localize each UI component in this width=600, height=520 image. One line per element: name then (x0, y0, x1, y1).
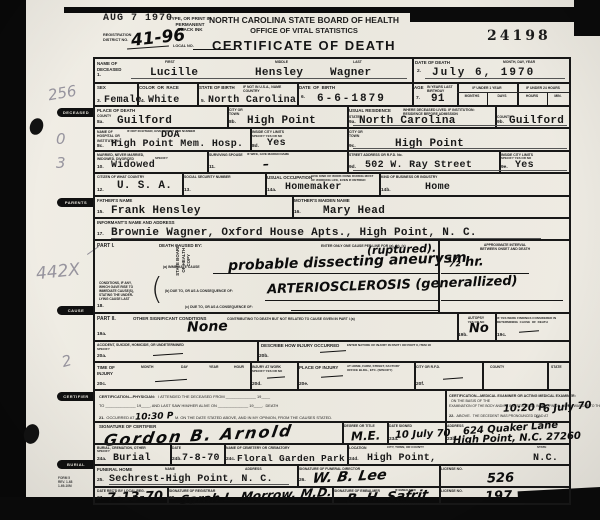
tab-certifier: CERTIFIER (57, 392, 95, 401)
place-of-injury-sub: AT HOME, FARM, STREET, FACTORY OFFICE BL… (347, 365, 400, 373)
item-number: 24a. (97, 458, 106, 463)
business-value: Home (425, 183, 450, 193)
cemetery-value: Floral Garden Park (237, 454, 345, 464)
part2-label: PART II. (97, 316, 116, 322)
item-number: 16. (294, 211, 301, 216)
item-number: 19c. (497, 334, 506, 339)
dash-mark (267, 376, 285, 378)
row-parents: FATHER'S NAME 15. Frank Hensley MOTHER'S… (95, 195, 569, 217)
item-number: 20e. (299, 383, 308, 388)
due-to-b-value: ARTERIOSCLEROSIS (generallized) (267, 275, 518, 297)
item-number: 8b. (229, 121, 236, 126)
usual-residence-label: USUAL RESIDENCE (349, 108, 391, 114)
baseline-rule (353, 148, 567, 149)
burial-date-value: 7-8-70 (182, 454, 220, 464)
physician-cert-line1: I ATTENDED THE DECEASED FROM ___________… (158, 394, 270, 399)
item-number: 2. (417, 70, 421, 75)
informant-label: INFORMANT'S NAME AND ADDRESS (97, 220, 175, 226)
film-edge-block (410, 7, 600, 22)
hospital-value: High Point Mem. Hosp. (111, 140, 243, 150)
item-number: 17. (97, 233, 104, 238)
date-of-death-label: DATE OF DEATH (415, 60, 450, 66)
row-marital: MARRIED, NEVER MARRIED, WIDOWED, DIVORCE… (95, 150, 569, 172)
location-label: LOCATION (349, 446, 366, 450)
dob-value: 6-6-1879 (317, 94, 386, 105)
date-received-value: 7-13-70 (107, 490, 163, 505)
county-label: COUNTY (97, 114, 111, 118)
cemetery-label: NAME OF CEMETERY OR CREMATORY (226, 446, 290, 450)
item-number: 20a. (97, 355, 106, 360)
accident-sub: SPECIFY (97, 348, 110, 352)
item-number: 18. (97, 305, 104, 310)
district-no-label: DISTRICT NO. (103, 38, 128, 43)
item-number: 20c. (97, 383, 106, 388)
birth-state-label: STATE OF BIRTH (199, 85, 235, 91)
dash-mark (321, 375, 343, 378)
pencil-mark: 0 (56, 132, 66, 147)
business-label: KIND OF BUSINESS OR INDUSTRY (381, 175, 437, 179)
film-corner-block (574, 0, 600, 36)
license-label: LICENSE NO. (441, 467, 463, 471)
first-header: FIRST (165, 60, 175, 64)
dash-mark (155, 379, 187, 382)
under-24-hours-label: IF UNDER 24 HOURS (517, 86, 569, 90)
row-vitals: SEX 3.Female COLOR OR RACE 4.White STATE… (95, 82, 569, 105)
inside-city-limits-value: Yes (267, 139, 286, 149)
item-number: 22. (449, 413, 454, 418)
item-number: 15. (97, 211, 104, 216)
dob-label: DATE OF BIRTH (299, 85, 335, 91)
item-number: 10. (97, 166, 104, 171)
residence-city-label: CITY OR TOWN (349, 130, 363, 139)
divider (412, 59, 414, 82)
item-number: 11. (209, 166, 215, 171)
certificate-number: 24198 (487, 29, 551, 43)
form-code: FORM 5 REV. 1-68 1-69-10M (58, 476, 72, 488)
office-subtitle: OFFICE OF VITAL STATISTICS (188, 27, 420, 35)
death-city-value: High Point (247, 116, 316, 127)
citizen-value: U. S. A. (117, 181, 172, 192)
certificate-title: CERTIFICATE OF DEATH (188, 39, 420, 52)
pencil-mark: 442X (35, 262, 81, 284)
above-label: ABOVE. (456, 413, 471, 418)
injury-at-work-sub: SPECIFY YES OR NO (252, 370, 282, 374)
tab-burial: BURIAL (57, 460, 95, 469)
dash-mark (443, 377, 463, 379)
row-burial: BURIAL, CREMATION, OTHER SPECIFY 24a. Bu… (95, 443, 569, 464)
immediate-cause-label: (a) IMMEDIATE CAUSE (163, 265, 200, 269)
marital-sub: SPECIFY (155, 157, 168, 161)
surviving-spouse-value: – (263, 158, 269, 170)
item-number: 12. (97, 189, 104, 194)
city-label: CITY OR TOWN (229, 108, 243, 117)
row-injury: TIME OF INJURY MONTH DAY YEAR HOUR 20c. … (95, 361, 569, 389)
surviving-spouse-label: SURVIVING SPOUSE (209, 153, 243, 157)
hour-header: HOUR (234, 365, 244, 369)
location-state-sub: STATE (537, 446, 546, 450)
brace-glyph: ( (151, 275, 163, 305)
item-number: 13. (184, 189, 191, 194)
father-name-value: Frank Hensley (111, 206, 201, 217)
date-signed-value: 10 July 70 (395, 429, 451, 441)
physician-cert-line3: M. ON THE DATE STATED ABOVE, AND IN MY O… (174, 415, 332, 420)
item-number: 7. (416, 97, 420, 102)
physician-cert-line2: TO ______________ 19____, AND LAST SAW H… (99, 403, 278, 408)
cause-line-c-rule (291, 310, 438, 311)
month-header: MONTH (141, 365, 153, 369)
injury-state-label: STATE (551, 365, 562, 369)
divider (482, 363, 484, 389)
hours-header: HOURS (517, 94, 547, 98)
item-number: 28. (169, 497, 176, 502)
father-label: FATHER'S NAME (97, 198, 132, 204)
date-of-death-sub: MONTH, DAY, YEAR (503, 60, 535, 64)
year-header: YEAR (209, 365, 218, 369)
divider (547, 363, 549, 389)
funeral-home-label: FUNERAL HOME (97, 467, 132, 473)
row-informant: INFORMANT'S NAME AND ADDRESS 17. Brownie… (95, 217, 569, 239)
funeral-name-header: NAME (165, 467, 175, 471)
burial-city-value: High Point, (367, 454, 436, 464)
item-number: 19a. (97, 333, 106, 338)
autopsy-value: No (469, 322, 489, 336)
how-injury-sub: ENTER NATURE OF INJURY IN PART I OR PART… (347, 344, 431, 348)
street-address-label: STREET ADDRESS OR R.F.D. No. (349, 153, 403, 157)
date-signed-label: DATE SIGNED (389, 424, 412, 428)
citizen-label: CITIZEN OF WHAT COUNTRY (97, 175, 144, 179)
location-sub: CITY, TOWN, OR COUNTY (387, 446, 424, 450)
pencil-mark: 3 (56, 156, 66, 171)
tab-deceased: DECEASED (57, 108, 95, 117)
me-line1: ON THE BASIS OF THE (449, 399, 490, 404)
license-number-value: 526 (487, 472, 515, 486)
item-number: 24b. (172, 458, 182, 463)
mother-label: MOTHER'S MAIDEN NAME (294, 198, 350, 204)
baseline-rule (131, 78, 407, 79)
other-conditions-value: None (187, 319, 228, 334)
time-of-injury-label: TIME OF INJURY (97, 365, 115, 376)
baseline-rule (425, 78, 565, 79)
burial-state-value: N.C. (533, 454, 558, 464)
item-number: 20d. (252, 383, 262, 388)
immediate-cause-ruptured: (ruptured). (367, 243, 437, 256)
death-certificate-form: NAME OF DECEASED FIRST MIDDLE LAST 1. Lu… (93, 57, 571, 505)
how-injury-label: DESCRIBE HOW INJURY OCCURRED (261, 343, 339, 349)
row-place-of-death: PLACE OF DEATH COUNTY 8a. Guilford CITY … (95, 105, 569, 127)
days-header: DAYS (487, 94, 517, 98)
item-number: 24c. (226, 458, 235, 463)
marital-status-value: Widowed (111, 161, 155, 171)
place-of-injury-label: PLACE OF INJURY (299, 365, 338, 371)
item-number: 21. (99, 415, 104, 420)
item-number: 8a. (97, 121, 104, 126)
months-header: MONTHS (457, 94, 487, 98)
address-label: ADDRESS (447, 424, 464, 428)
item-number: 27. (97, 497, 104, 502)
other-conditions-sub: CONTRIBUTING TO DEATH BUT NOT RELATED TO… (227, 317, 355, 321)
dash-mark (153, 353, 183, 356)
interval-b-rule (441, 300, 563, 301)
row-registrar: DATE REC'D BY LOCAL REG. 27. 7-13-70 SIG… (95, 486, 569, 503)
injury-county-label: COUNTY (490, 365, 504, 369)
row-certification: CERTIFICATION—PHYSICIAN: I ATTENDED THE … (95, 389, 569, 421)
item-number: 14a. (267, 189, 276, 194)
item-number: 25. (97, 479, 104, 484)
part1-label: PART I. (97, 243, 114, 249)
burial-type-sub: SPECIFY (97, 450, 110, 454)
embalmer-signature: B. H. Safrit (346, 489, 429, 506)
last-header: LAST (353, 60, 362, 64)
embalmer-license-value: 197 (485, 490, 513, 504)
m-label: M. (536, 414, 540, 419)
findings-label: IF YES WERE FINDINGS CONSIDERED IN DETER… (497, 317, 556, 325)
baseline-rule (353, 170, 567, 171)
tab-parents: PARENTS (57, 198, 95, 207)
row-part1-cause: PART I. DEATH CAUSED BY: ENTER ONLY ONE … (95, 239, 569, 312)
cause-line-a-rule (213, 273, 438, 274)
interval-a-value: ½ hr. (447, 255, 484, 269)
item-number: 19b. (458, 334, 468, 339)
burial-type-value: Burial (113, 454, 151, 464)
item-number: 20f. (416, 383, 424, 388)
age-value: 91 (431, 94, 445, 105)
row-certifier-signature: SIGNATURE OF CERTIFIER Gordon B. Arnold … (95, 421, 569, 443)
funeral-director-signature: W. B. Lee (312, 468, 388, 486)
dash-mark (320, 350, 346, 353)
tab-cause: CAUSE (57, 306, 95, 315)
board-of-health-title: NORTH CAROLINA STATE BOARD OF HEALTH (188, 16, 420, 25)
row-name: NAME OF DECEASED FIRST MIDDLE LAST 1. Lu… (95, 59, 569, 82)
pronounced-time-handwritten: 10:20 P. (503, 403, 547, 415)
baseline-rule (109, 484, 289, 485)
day-header: DAY (181, 365, 188, 369)
birth-state-sub: IF NOT IN U.S.A., NAME COUNTRY (243, 85, 281, 94)
funeral-address-header: ADDRESS (245, 467, 262, 471)
due-to-c-label: (c) DUE TO, OR AS A CONSEQUENCE OF: (185, 305, 253, 309)
item-number: 14b. (381, 189, 391, 194)
due-to-b-label: (b) DUE TO, OR AS A CONSEQUENCE OF: (165, 289, 233, 293)
item-number: 26. (299, 479, 306, 484)
place-of-death-label: PLACE OF DEATH (97, 108, 135, 114)
under-1-year-label: IF UNDER 1 YEAR (457, 86, 517, 90)
row-part2: PART II. OTHER SIGNIFICANT CONDITIONS CO… (95, 312, 569, 340)
item-number: 6. (301, 96, 305, 101)
sex-label: SEX (97, 85, 106, 91)
city-rfd-label: CITY OR R.F.D. (416, 365, 440, 369)
row-funeral-home: FUNERAL HOME NAME ADDRESS 25. Sechrest-H… (95, 464, 569, 486)
item-number: 1. (97, 74, 101, 79)
mother-name-value: Mary Head (323, 206, 385, 217)
ssn-label: SOCIAL SECURITY NUMBER (184, 175, 231, 179)
death-caused-by-label: DEATH CAUSED BY: (159, 243, 202, 249)
row-citizen: CITIZEN OF WHAT COUNTRY 12. U. S. A. SOC… (95, 172, 569, 195)
dash-mark (519, 330, 539, 332)
race-label: COLOR OR RACE (139, 85, 179, 91)
conditions-label: CONDITIONS, IF ANY, WHICH GAVE RISE TO I… (99, 281, 134, 301)
accident-label: ACCIDENT, SUICIDE, HOMICIDE, OR UNDETERM… (97, 343, 184, 347)
occupation-value: Homemaker (285, 183, 342, 193)
row-accident: ACCIDENT, SUICIDE, HOMICIDE, OR UNDETERM… (95, 340, 569, 361)
row-hospital: NAME OF HOSPITAL OR INSTITUTION IF NOT I… (95, 127, 569, 150)
cause-line-b-rule (265, 300, 438, 301)
name-label: NAME OF DECEASED (97, 61, 121, 72)
burial-date-label: DATE (172, 446, 181, 450)
license-label: LICENSE NO. (441, 489, 463, 493)
middle-header: MIDDLE (275, 60, 288, 64)
film-scan-background: AUG 7 1970 REGISTRATION DISTRICT NO. 41-… (0, 0, 600, 520)
occurred-at-label: OCCURRED AT (106, 415, 135, 420)
mini-rule (457, 92, 569, 93)
divider (445, 391, 447, 421)
degree-label: DEGREE OR TITLE (344, 424, 375, 428)
min-header: MIN. (547, 94, 569, 98)
degree-value: M.E. (351, 429, 381, 442)
item-number: 24d. (349, 458, 359, 463)
death-county-value: Guilford (117, 116, 172, 127)
physician-cert-title: CERTIFICATION—PHYSICIAN: (99, 394, 155, 399)
ink-instruction: TYPE, OR PRINT IN PERMANENT BLACK INK (158, 16, 222, 33)
occupation-label: USUAL OCCUPATION (267, 175, 312, 181)
age-label: AGE (414, 85, 424, 91)
item-number: 20b. (259, 355, 269, 360)
baseline-rule (353, 125, 567, 126)
